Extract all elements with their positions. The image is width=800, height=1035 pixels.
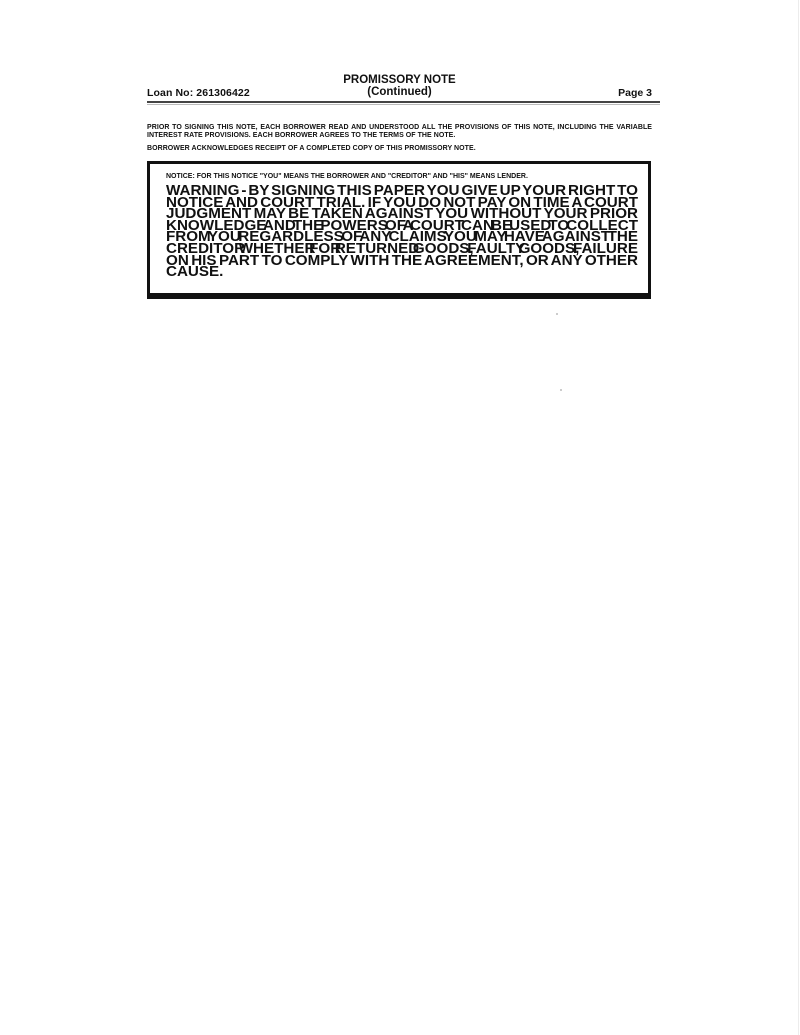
header-divider <box>147 101 660 103</box>
receipt-paragraph: BORROWER ACKNOWLEDGES RECEIPT OF A COMPL… <box>147 145 652 153</box>
warning-text: WARNING - BY SIGNING THIS PAPER YOU GIVE… <box>166 185 638 278</box>
page-edge <box>798 0 799 1035</box>
page-number: Page 3 <box>618 87 652 99</box>
notice-definition: NOTICE: FOR THIS NOTICE "YOU" MEANS THE … <box>166 173 528 180</box>
header-divider-shadow <box>147 104 660 105</box>
acknowledgement-paragraph: PRIOR TO SIGNING THIS NOTE, EACH BORROWE… <box>147 124 652 140</box>
document-header: Loan No: 261306422 PROMISSORY NOTE (Cont… <box>147 74 652 100</box>
notice-warning-box: NOTICE: FOR THIS NOTICE "YOU" MEANS THE … <box>147 161 651 299</box>
warning-line: ON HIS PART TO COMPLY WITH THE AGREEMENT… <box>166 255 638 267</box>
document-title-block: PROMISSORY NOTE (Continued) <box>147 74 652 98</box>
scan-speck <box>556 313 558 315</box>
document-title: PROMISSORY NOTE <box>147 74 652 86</box>
document-subtitle: (Continued) <box>147 86 652 98</box>
scan-speck <box>560 389 562 391</box>
